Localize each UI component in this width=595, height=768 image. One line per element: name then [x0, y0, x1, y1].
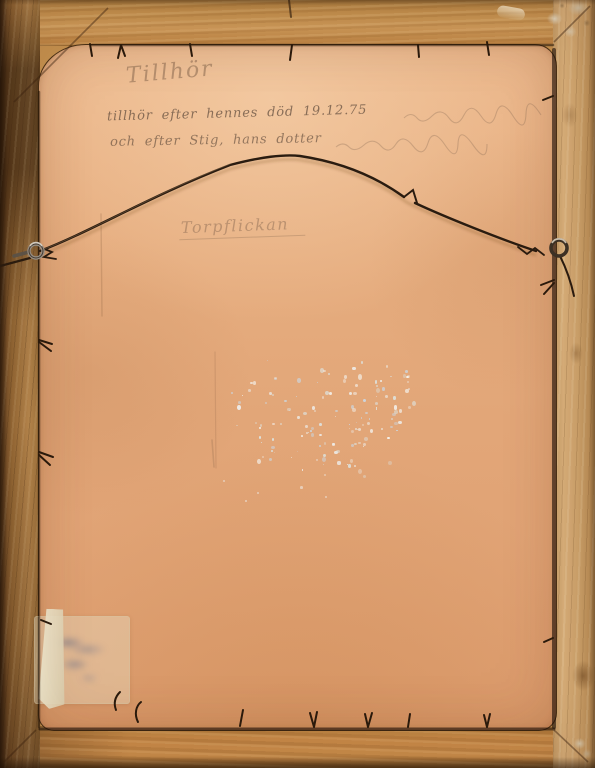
plaster-residue-top-right: [536, 0, 595, 50]
frame-outer-edge-shadow-left: [0, 0, 7, 768]
frame-outer-edge-shadow-top: [0, 0, 595, 5]
framed-picture-back-photo: Tillhör tillhör efter hennes död 19.12.7…: [0, 0, 595, 768]
frame-outer-edge-shadow-bottom: [0, 757, 595, 768]
frame-outer-edge-shadow-right: [589, 0, 595, 768]
